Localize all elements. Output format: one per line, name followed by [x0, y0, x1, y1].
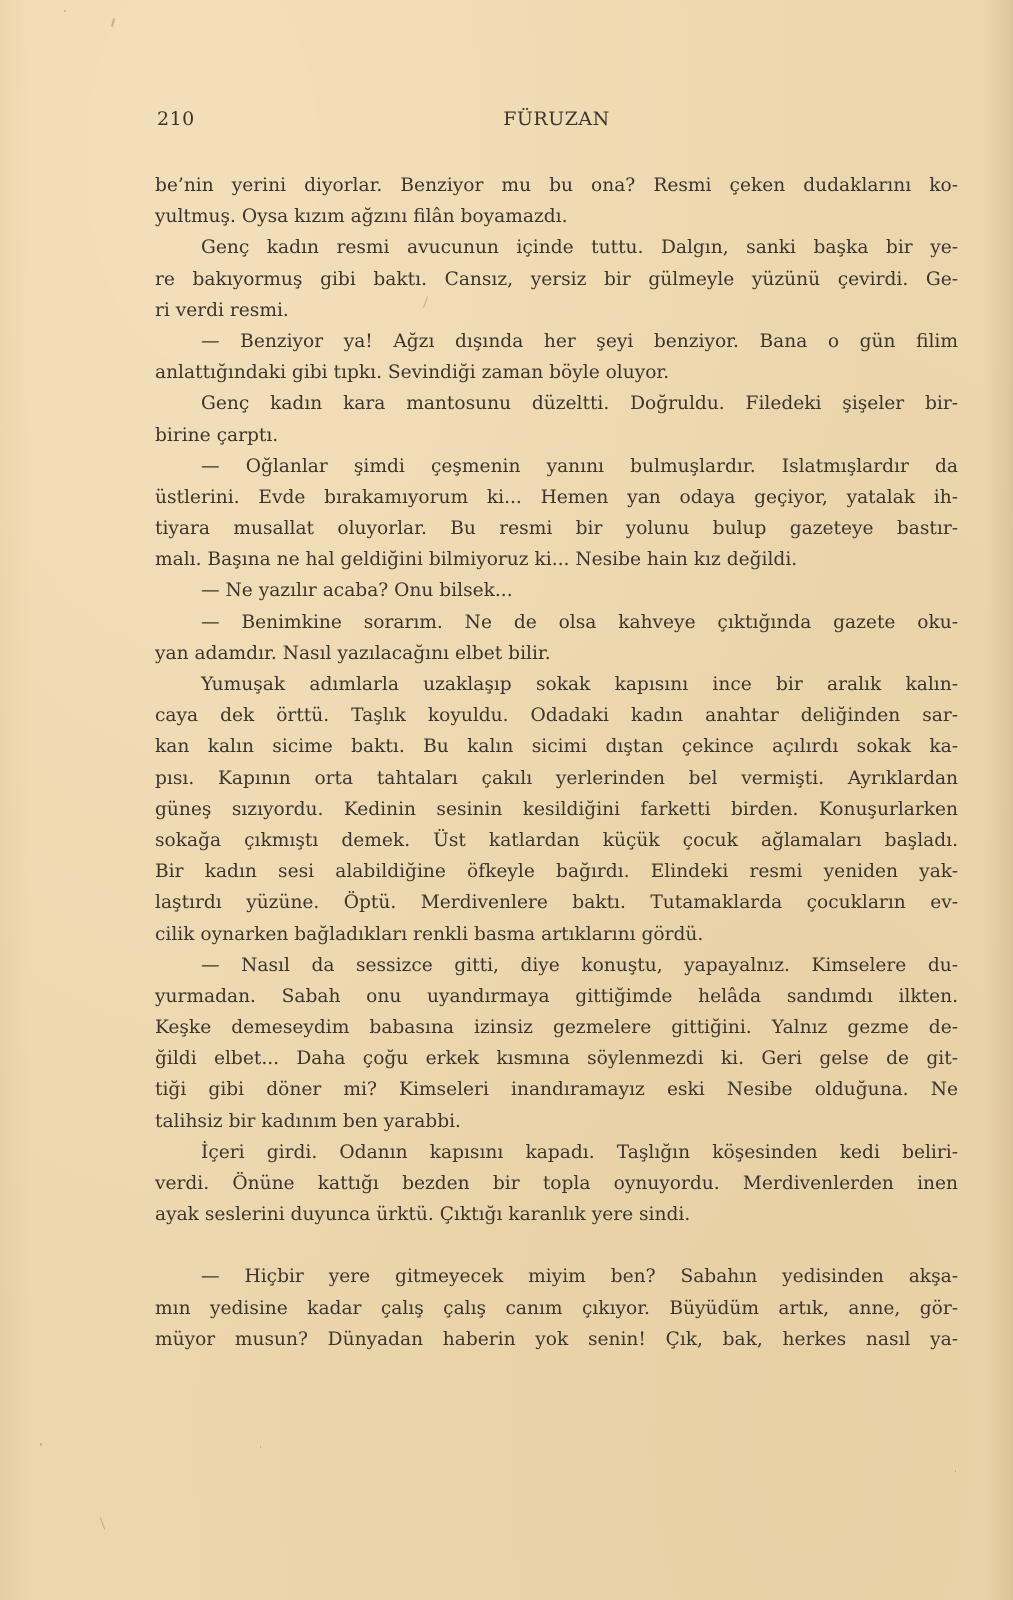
text-line: ğildi elbet... Daha çoğu erkek kısmına s…: [155, 1043, 958, 1074]
text-line: ayak seslerini duyunca ürktü. Çıktığı ka…: [155, 1199, 958, 1230]
paper-speck: [64, 10, 66, 12]
text-line: müyor musun? Dünyadan haberin yok senin!…: [155, 1324, 958, 1355]
text-line: ri verdi resmi.: [155, 295, 958, 326]
text-line: Yumuşak adımlarla uzaklaşıp sokak kapısı…: [155, 669, 958, 700]
body-text: be’nin yerini diyorlar. Benziyor mu bu o…: [155, 170, 958, 1355]
text-line: Bir kadın sesi alabildiğine öfkeyle bağı…: [155, 856, 958, 887]
text-line: — Oğlanlar şimdi çeşmenin yanını bulmuşl…: [155, 451, 958, 482]
book-page: 210 FÜRUZAN be’nin yerini diyorlar. Benz…: [0, 0, 1013, 1600]
text-line: — Benimkine sorarım. Ne de olsa kahveye …: [155, 607, 958, 638]
text-line: — Nasıl da sessizce gitti, diye konuştu,…: [155, 950, 958, 981]
text-line: birine çarptı.: [155, 420, 958, 451]
text-line: cilik oynarken bağladıkları renkli basma…: [155, 919, 958, 950]
text-line: re bakıyormuş gibi baktı. Cansız, yersiz…: [155, 264, 958, 295]
text-line: anlattığındaki gibi tıpkı. Sevindiği zam…: [155, 357, 958, 388]
running-header-author: FÜRUZAN: [155, 108, 958, 130]
paper-speck: [40, 1443, 42, 1446]
running-header: 210 FÜRUZAN: [155, 108, 958, 138]
text-line: Genç kadın kara mantosunu düzeltti. Doğr…: [155, 388, 958, 419]
text-line: pısı. Kapının orta tahtaları çakılı yerl…: [155, 763, 958, 794]
text-line: mın yedisine kadar çalış çalış canım çık…: [155, 1293, 958, 1324]
paper-speck: [955, 1470, 956, 1472]
text-line: verdi. Önüne kattığı bezden bir topla oy…: [155, 1168, 958, 1199]
text-line: — Ne yazılır acaba? Onu bilsek...: [155, 575, 958, 606]
text-line: güneş sızıyordu. Kedinin sesinin kesildi…: [155, 794, 958, 825]
text-line: Keşke demeseydim babasına izinsiz gezmel…: [155, 1012, 958, 1043]
text-line: yan adamdır. Nasıl yazılacağını elbet bi…: [155, 638, 958, 669]
text-line: talihsiz bir kadınım ben yarabbi.: [155, 1106, 958, 1137]
text-line: İçeri girdi. Odanın kapısını kapadı. Taş…: [155, 1137, 958, 1168]
text-line: laştırdı yüzüne. Öptü. Merdivenlere bakt…: [155, 887, 958, 918]
text-line: üstlerini. Evde bırakamıyorum ki... Heme…: [155, 482, 958, 513]
paper-speck: [260, 1446, 261, 1448]
text-line: sokağa çıkmıştı demek. Üst katlardan küç…: [155, 825, 958, 856]
text-line: — Hiçbir yere gitmeyecek miyim ben? Saba…: [155, 1261, 958, 1292]
text-line: tiyara musallat oluyorlar. Bu resmi bir …: [155, 513, 958, 544]
text-line: caya dek örttü. Taşlık koyuldu. Odadaki …: [155, 700, 958, 731]
text-line: — Benziyor ya! Ağzı dışında her şeyi ben…: [155, 326, 958, 357]
paper-speck: [100, 1517, 105, 1530]
text-line: yultmuş. Oysa kızım ağzını filân boyamaz…: [155, 201, 958, 232]
text-line: kan kalın sicime baktı. Bu kalın sicimi …: [155, 731, 958, 762]
text-line: tiği gibi döner mi? Kimseleri inandırama…: [155, 1074, 958, 1105]
section-break: [155, 1230, 958, 1261]
text-line: be’nin yerini diyorlar. Benziyor mu bu o…: [155, 170, 958, 201]
text-line: yurmadan. Sabah onu uyandırmaya gittiğim…: [155, 981, 958, 1012]
paper-speck: [111, 18, 115, 27]
text-line: malı. Başına ne hal geldiğini bilmiyoruz…: [155, 544, 958, 575]
text-line: Genç kadın resmi avucunun içinde tuttu. …: [155, 232, 958, 263]
